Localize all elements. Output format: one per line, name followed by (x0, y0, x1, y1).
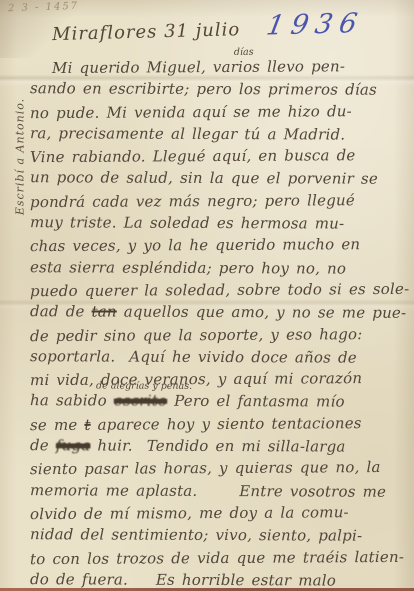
line-text: nidad del sentimiento; vivo, siento, pal… (30, 525, 362, 544)
letter-line: esta sierra espléndida; pero hoy no, no (30, 256, 406, 280)
line-text: siento pasar las horas, y quieras que no… (30, 458, 381, 478)
crossed-out-word: tan (92, 303, 117, 321)
letter-line: díasMi querido Miguel, varios llevo pen- (30, 55, 406, 80)
letter-body: díasMi querido Miguel, varios llevo pen-… (30, 56, 406, 591)
line-text: sando en escribirte; pero los primeros d… (30, 79, 377, 99)
line-text: Pero el fantasma mío (167, 392, 345, 411)
letter-line: nidad del sentimiento; vivo, siento, pal… (30, 523, 406, 547)
place-and-date: Miraflores 31 julio (52, 19, 241, 45)
letter-line: Vine rabiando. Llegué aquí, en busca de (30, 144, 406, 169)
letter-line: de alegrías y penas.ha sabido escrito Pe… (30, 390, 406, 414)
letter-page: 2 3 - 1457 Miraflores 31 julio 1936 Escr… (0, 0, 414, 591)
line-text: to con los trozos de vida que me traéis … (30, 547, 404, 567)
letter-line: puedo querer la soledad, sobre todo si e… (30, 278, 406, 303)
margin-note: Escribí a Antonio. (14, 91, 27, 223)
scribbled-out-word: fuga (56, 436, 91, 454)
line-text: muy triste. La soledad es hermosa mu- (30, 213, 344, 232)
line-text: puedo querer la soledad, sobre todo si e… (30, 280, 409, 300)
line-text: mi vida, doce veranos, y aquí mi corazón (30, 369, 362, 389)
year-blue-ink: 1936 (264, 8, 366, 42)
letter-line: se me t aparece hoy y siento tentaciones (30, 412, 406, 437)
letter-line: memoria me aplasta. Entre vosotros me (30, 479, 406, 503)
line-text: de pedir sino que la soporte, y eso hago… (30, 325, 363, 345)
line-text: un poco de salud, sin la que el porvenir… (30, 169, 378, 189)
letter-line: de fuga huir. Tendido en mi silla-larga (30, 434, 406, 458)
line-text: do de fuera. Es horrible estar malo (30, 570, 336, 589)
letter-line: olvido de mí mismo, me doy a la comu- (30, 501, 406, 526)
letter-line: un poco de salud, sin la que el porvenir… (30, 167, 406, 191)
line-text: aquellos que amo, y no se me pue- (117, 303, 407, 322)
line-text: dad de (30, 302, 92, 320)
line-text: se me (30, 416, 85, 434)
letter-line: do de fuera. Es horrible estar malo (30, 568, 406, 591)
letter-line: sando en escribirte; pero los primeros d… (30, 77, 406, 101)
inserted-word: días (234, 48, 254, 58)
line-text: ra, precisamente al llegar tú a Madrid. (30, 124, 345, 143)
letter-line: to con los trozos de vida que me traéis … (30, 545, 406, 570)
line-text: memoria me aplasta. Entre vosotros me (30, 481, 386, 501)
letter-line: no pude. Mi venida aquí se me hizo du- (30, 99, 406, 124)
line-text: esta sierra espléndida; pero hoy no, no (30, 258, 346, 277)
line-text: llevo pen- (267, 57, 345, 75)
letter-line: soportarla. Aquí he vivido doce años de (30, 345, 406, 369)
dateline: Miraflores 31 julio 1936 (52, 8, 365, 47)
archive-number: 2 3 - 1457 (8, 1, 79, 14)
letter-line: chas veces, y yo la he querido mucho en (30, 233, 406, 258)
scribbled-out-word: escrito (114, 392, 167, 410)
line-text: pondrá cada vez más negro; pero llegué (30, 191, 355, 211)
line-text: ha sabido (30, 392, 114, 410)
line-text: Vine rabiando. Llegué aquí, en busca de (30, 146, 356, 166)
line-text: chas veces, y yo la he querido mucho en (30, 236, 360, 256)
letter-line: ra, precisamente al llegar tú a Madrid. (30, 122, 406, 146)
line-text: aparece hoy y siento tentaciones (91, 414, 362, 434)
line-text: de (30, 436, 56, 454)
letter-line: de pedir sino que la soporte, y eso hago… (30, 322, 406, 347)
line-text: huir. Tendido en mi silla-larga (90, 436, 345, 455)
line-text: no pude. Mi venida aquí se me hizo du- (30, 102, 352, 122)
letter-line: dad de tan aquellos que amo, y no se me … (30, 300, 406, 324)
letter-line: siento pasar las horas, y quieras que no… (30, 456, 406, 481)
line-text: soportarla. Aquí he vivido doce años de (30, 347, 357, 366)
letter-line: pondrá cada vez más negro; pero llegué (30, 189, 406, 214)
line-text: Mi querido Miguel, varios (52, 58, 267, 77)
letter-line: mi vida, doce veranos, y aquí mi corazón (30, 367, 406, 392)
letter-line: muy triste. La soledad es hermosa mu- (30, 211, 406, 235)
line-text: olvido de mí mismo, me doy a la comu- (30, 503, 349, 523)
